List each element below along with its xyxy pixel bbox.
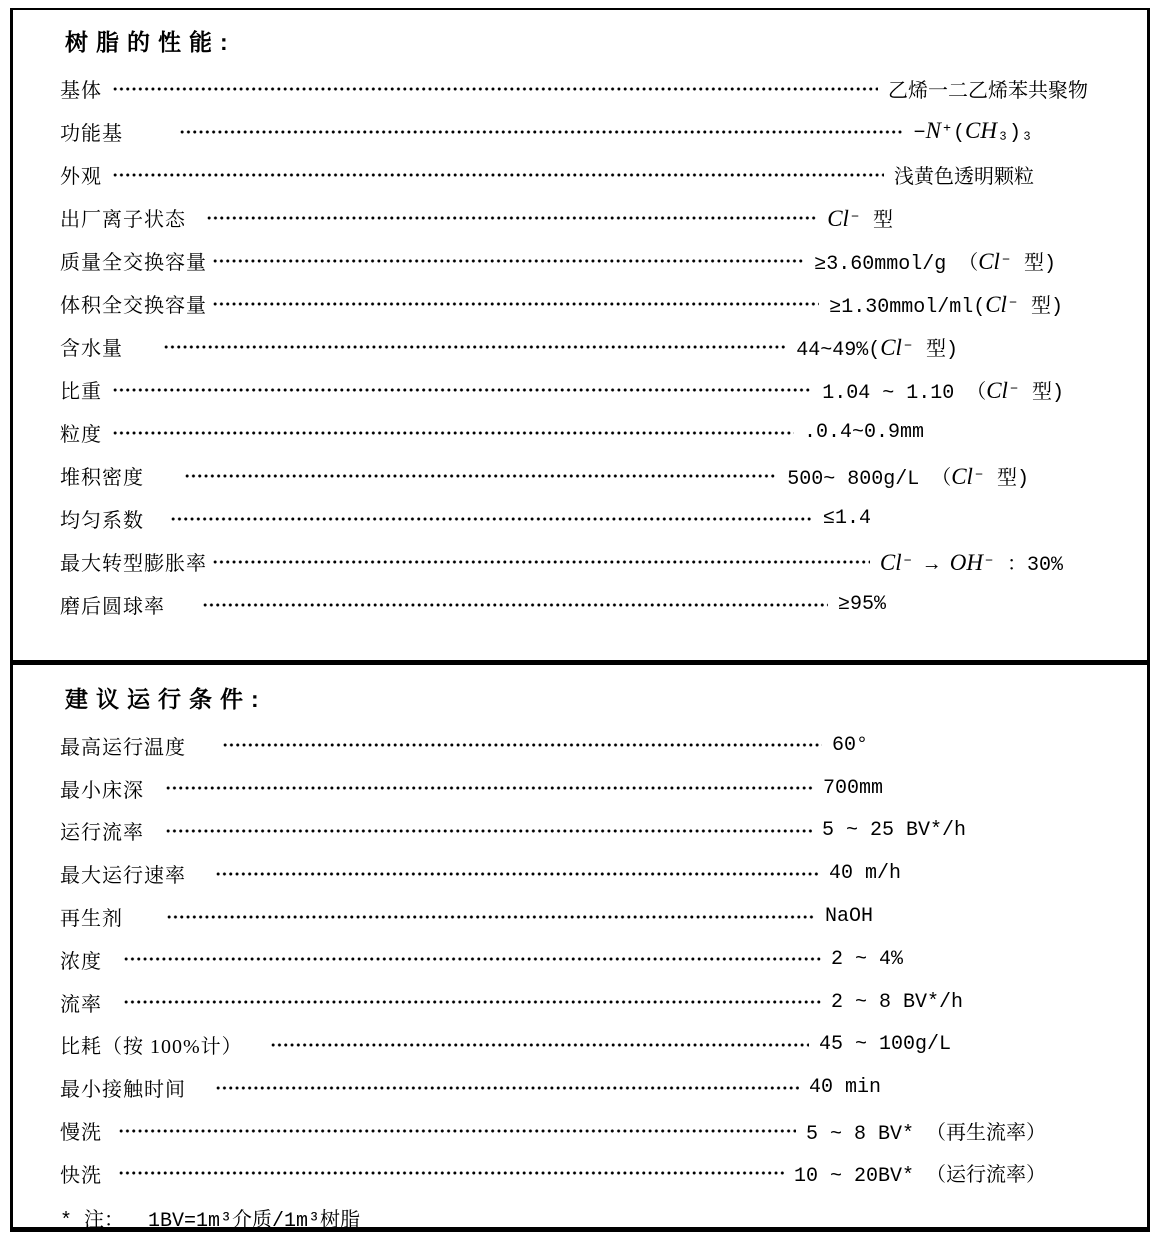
dotted-leader (212, 555, 870, 569)
dotted-leader (206, 211, 817, 225)
property-label: 外观 (60, 160, 102, 189)
dotted-leader (202, 598, 828, 612)
property-label: 粒度 (60, 418, 102, 447)
property-label: 最小接触时间 (60, 1073, 186, 1102)
spec-row: 最大转型膨胀率 Cl⁻ → OH⁻ ：30% (13, 540, 1147, 583)
footnote: * 注： 1BV=1m³介质/1m³树脂 (13, 1203, 1147, 1233)
property-value: Cl⁻ → OH⁻ ：30% (880, 547, 1063, 577)
property-value: 乙烯一二乙烯苯共聚物 (888, 74, 1088, 104)
dotted-leader (118, 1124, 796, 1138)
dotted-leader (170, 512, 813, 526)
document-frame: 树脂的性能: 基体 乙烯一二乙烯苯共聚物 功能基 −N⁺(CH₃)₃ 外观 浅黄… (10, 8, 1150, 1232)
spec-row: 浓度 2 ~ 4% (13, 938, 1147, 981)
spec-row: 磨后圆球率 ≥95% (13, 583, 1147, 626)
dotted-leader (112, 426, 794, 440)
property-label: 再生剂 (60, 902, 123, 931)
spec-row: 最小床深 700mm (13, 767, 1147, 810)
property-value: ≤1.4 (823, 507, 871, 530)
property-value: 500~ 800g/L （Cl⁻ 型) (787, 461, 1029, 491)
spec-row: 最小接触时间 40 min (13, 1066, 1147, 1109)
property-label: 最高运行温度 (60, 731, 186, 760)
property-label: 快洗 (60, 1159, 102, 1188)
spec-row: 均匀系数 ≤1.4 (13, 497, 1147, 540)
property-value: 1.04 ~ 1.10 （Cl⁻ 型) (822, 375, 1064, 405)
property-value: ≥95% (838, 593, 886, 616)
section-title-resin-properties: 树脂的性能: (65, 24, 1147, 57)
property-label: 比重 (60, 375, 102, 404)
dotted-leader (184, 469, 777, 483)
dotted-leader (212, 297, 819, 311)
dotted-leader (112, 82, 878, 96)
dotted-leader (165, 824, 812, 838)
property-label: 慢洗 (60, 1116, 102, 1145)
property-value: 45 ~ 100g/L (819, 1033, 951, 1056)
property-value: 5 ~ 8 BV* （再生流率） (806, 1116, 1046, 1146)
property-value: 40 min (809, 1076, 881, 1099)
property-label: 功能基 (60, 117, 123, 146)
resin-properties-section: 树脂的性能: 基体 乙烯一二乙烯苯共聚物 功能基 −N⁺(CH₃)₃ 外观 浅黄… (13, 24, 1147, 660)
property-label: 最大转型膨胀率 (60, 547, 207, 576)
property-label: 基体 (60, 74, 102, 103)
property-label: 最小床深 (60, 774, 144, 803)
property-value: 40 m/h (829, 862, 901, 885)
operating-conditions-section: 建议运行条件: 最高运行温度 60° 最小床深 700mm 运行流率 5 ~ 2… (13, 681, 1147, 1233)
property-label: 运行流率 (60, 816, 144, 845)
property-value: 700mm (823, 777, 883, 800)
spec-row: 最高运行温度 60° (13, 724, 1147, 767)
property-label: 出厂离子状态 (60, 203, 186, 232)
spec-row: 功能基 −N⁺(CH₃)₃ (13, 110, 1147, 153)
spec-row: 最大运行速率 40 m/h (13, 852, 1147, 895)
property-label: 均匀系数 (60, 504, 144, 533)
spec-row: 再生剂 NaOH (13, 895, 1147, 938)
spec-row: 快洗 10 ~ 20BV* （运行流率） (13, 1152, 1147, 1195)
spec-row: 体积全交换容量 ≥1.30mmol/ml(Cl⁻ 型) (13, 282, 1147, 325)
property-value: 2 ~ 4% (831, 948, 903, 971)
property-label: 体积全交换容量 (60, 289, 207, 318)
dotted-leader (215, 867, 819, 881)
dotted-leader (165, 781, 813, 795)
spec-row: 运行流率 5 ~ 25 BV*/h (13, 810, 1147, 853)
property-label: 磨后圆球率 (60, 590, 165, 619)
dotted-leader (112, 383, 812, 397)
property-label: 比耗（按 100%计） (60, 1030, 243, 1059)
dotted-leader (270, 1038, 809, 1052)
section-title-operating-conditions: 建议运行条件: (65, 681, 1147, 714)
property-label: 质量全交换容量 (60, 246, 207, 275)
property-label: 堆积密度 (60, 461, 144, 490)
property-value: 浅黄色透明颗粒 (894, 160, 1034, 190)
property-label: 浓度 (60, 945, 102, 974)
dotted-leader (215, 1081, 799, 1095)
property-value: 44~49%(Cl⁻ 型) (796, 332, 958, 362)
spec-row: 堆积密度 500~ 800g/L （Cl⁻ 型) (13, 454, 1147, 497)
spec-row: 粒度 .0.4~0.9mm (13, 411, 1147, 454)
property-value: .0.4~0.9mm (804, 421, 924, 444)
property-value: 10 ~ 20BV* （运行流率） (794, 1158, 1046, 1188)
spec-row: 外观 浅黄色透明颗粒 (13, 153, 1147, 196)
dotted-leader (179, 125, 904, 139)
dotted-leader (123, 995, 821, 1009)
dotted-leader (212, 254, 804, 268)
property-label: 最大运行速率 (60, 859, 186, 888)
property-value: ≥3.60mmol/g （Cl⁻ 型) (814, 246, 1056, 276)
property-value: 60° (832, 734, 868, 757)
dotted-leader (222, 738, 822, 752)
spec-row: 比重 1.04 ~ 1.10 （Cl⁻ 型) (13, 368, 1147, 411)
property-value: 5 ~ 25 BV*/h (822, 819, 966, 842)
property-value: Cl⁻ 型 (827, 203, 893, 233)
spec-row: 质量全交换容量 ≥3.60mmol/g （Cl⁻ 型) (13, 239, 1147, 282)
spec-row: 比耗（按 100%计） 45 ~ 100g/L (13, 1024, 1147, 1067)
property-value: 2 ~ 8 BV*/h (831, 991, 963, 1014)
section-divider (13, 660, 1147, 665)
dotted-leader (123, 952, 821, 966)
property-label: 含水量 (60, 332, 123, 361)
spec-row: 慢洗 5 ~ 8 BV* （再生流率） (13, 1109, 1147, 1152)
spec-row: 含水量 44~49%(Cl⁻ 型) (13, 325, 1147, 368)
property-value: ≥1.30mmol/ml(Cl⁻ 型) (829, 289, 1063, 319)
property-label: 流率 (60, 988, 102, 1017)
spec-row: 出厂离子状态 Cl⁻ 型 (13, 196, 1147, 239)
property-value: −N⁺(CH₃)₃ (914, 118, 1033, 145)
dotted-leader (166, 910, 815, 924)
dotted-leader (163, 340, 786, 354)
dotted-leader (118, 1166, 784, 1180)
spec-row: 流率 2 ~ 8 BV*/h (13, 981, 1147, 1024)
spec-row: 基体 乙烯一二乙烯苯共聚物 (13, 67, 1147, 110)
dotted-leader (112, 168, 884, 182)
property-value: NaOH (825, 905, 873, 928)
